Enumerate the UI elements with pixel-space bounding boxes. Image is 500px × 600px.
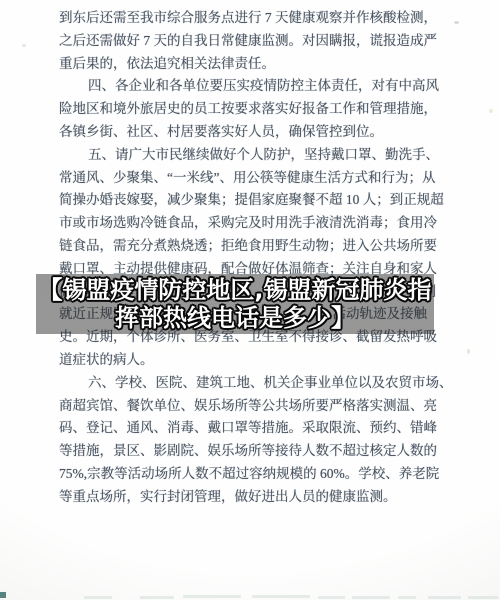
scan-artifact-bottom-streak	[398, 596, 416, 599]
document-line: 商超宾馆、餐饮单位、娱乐场所等公共场所要严格落实测温、亮	[59, 395, 432, 418]
document-line: 险地区和境外旅居史的员工按要求落实好报备工作和管理措施，	[59, 98, 432, 121]
document-line: 到东后还需至我市综合服务点进行 7 天健康观察并作核酸检测，	[59, 7, 432, 30]
caption-overlay-line-1: 【锡盟疫情防控地区,锡盟新冠肺炎指	[38, 276, 431, 304]
document-line: 五、请广大市民继续做好个人防护，坚持戴口罩、勤洗手、	[59, 144, 432, 167]
scan-artifact-bottom-streak	[183, 595, 241, 598]
document-line: 常通风、少聚集、“一米线”、用公筷等健康生活方式和行为；从	[59, 167, 432, 190]
scan-artifact-speck	[467, 349, 470, 354]
document-line: 之后还需做好 7 天的自我日常健康监测。对因瞒报，谎报造成严	[59, 30, 432, 53]
scan-artifact-bottom-streak	[140, 596, 174, 599]
caption-overlay-banner: 【锡盟疫情防控地区,锡盟新冠肺炎指 挥部热线电话是多少】	[36, 274, 434, 334]
scan-artifact-speck	[454, 21, 459, 24]
scan-artifact-bottom-streak	[468, 596, 498, 599]
scan-artifact-bottom-streak	[84, 596, 112, 599]
document-line: 链食品，需充分煮熟烧透；拒绝食用野生动物；进入公共场所要	[59, 235, 432, 258]
document-text: 到东后还需至我市综合服务点进行 7 天健康观察并作核酸检测， 之后还需做好 7 …	[59, 7, 432, 509]
caption-overlay-line-2: 挥部热线电话是多少】	[115, 304, 355, 332]
document-line: 重后果的，依法追究相关法律责任。	[59, 53, 432, 76]
scan-artifact-bottom-streak	[352, 596, 390, 599]
document-line: 简操办婚丧嫁娶，减少聚集；提倡家庭聚餐不超 10 人；到正规超	[59, 189, 432, 212]
scanned-document-page: 到东后还需至我市综合服务点进行 7 天健康观察并作核酸检测， 之后还需做好 7 …	[0, 0, 500, 600]
document-line: 市或市场选购冷链食品，采购完及时用洗手液清洗消毒；食用冷	[59, 212, 432, 235]
document-line: 75%,宗教等活动场所人数不超过容纳规模的 60%。学校、养老院	[59, 463, 432, 486]
scan-artifact-corner-mark	[0, 592, 6, 598]
scan-artifact-bottom-streak	[252, 595, 310, 598]
document-line: 等重点场所，实行封闭管理，做好进出人员的健康监测。	[59, 486, 432, 509]
document-line: 道症状的病人。	[59, 349, 432, 372]
scan-artifact-bottom-streak	[428, 596, 461, 599]
scan-artifact-bottom-streak	[318, 596, 345, 599]
document-line: 六、学校、医院、建筑工地、机关企事业单位以及农贸市场、	[59, 372, 432, 395]
document-line: 等措施，景区、影剧院、娱乐场所等接待人数不超过核定人数的	[59, 440, 432, 463]
document-line: 码、登记、通风、消毒、戴口罩等措施。采取限流、预约、错峰	[59, 417, 432, 440]
scan-artifact-speck	[22, 44, 26, 47]
scan-artifact-speck	[489, 109, 493, 113]
document-line: 四、各企业和各单位要压实疫情防控主体责任，对有中高风	[59, 75, 432, 98]
document-line: 各镇乡街、社区、村居要落实好人员，确保管控到位。	[59, 121, 432, 144]
